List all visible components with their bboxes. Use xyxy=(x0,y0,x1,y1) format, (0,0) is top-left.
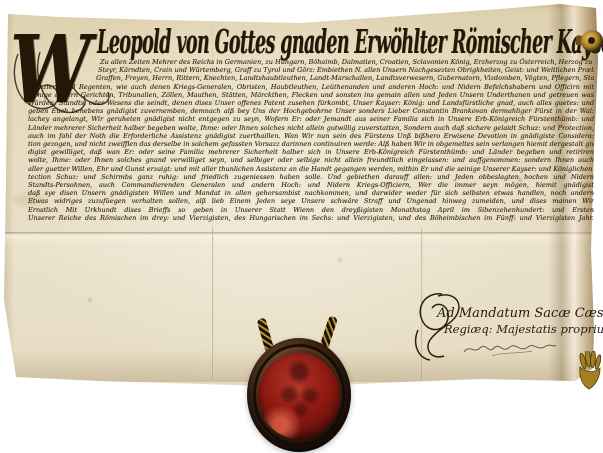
text-line: digist gewilliget, daß wan Er: oder sein… xyxy=(28,148,594,156)
text-line: tection Schuz: und Schirmbs ganz ruhig: … xyxy=(28,173,594,181)
brass-knob xyxy=(581,30,603,52)
countersignature-scribble xyxy=(462,338,558,358)
seal-capsule xyxy=(247,338,351,452)
text-line: aller guetter Willen, Ehr und Gunst erza… xyxy=(28,165,594,173)
charter-heading: Leopold von Gottes gnaden Erwöhlter Römi… xyxy=(97,25,603,62)
text-line: lachey angelangt, Wir geruheten gnädigis… xyxy=(28,115,594,123)
red-wax-seal xyxy=(258,353,340,439)
text-line: Unserer Reiche des Römischen im drey: un… xyxy=(28,214,594,222)
text-line: geben Euch benebens gnädigist zuvernembe… xyxy=(28,107,594,115)
text-line: daß sye disen Unsern gnädigisten Willen … xyxy=(28,189,594,197)
body-text-block: Zu allen Zeiten Mehrer des Reichs in Ger… xyxy=(28,58,594,222)
text-line: Canzlern und Regenten, wie auch denen Kr… xyxy=(28,83,594,91)
text-line: tion gezogen, und nicht zweifflen das de… xyxy=(28,140,594,148)
text-line: Graffen, Freyen, Herrn, Rittern, Knechte… xyxy=(28,74,594,82)
photo-of-charter: W Leopold von Gottes gnaden Erwöhlter Rö… xyxy=(0,0,603,453)
signature-formula-line1: Ad Mandatum Sacæ Cæs: xyxy=(437,306,603,321)
text-line: Länder mehrerer Sicherheit halber begebe… xyxy=(28,124,594,132)
text-line: Würden, Standts: oder Wesens die seindt,… xyxy=(28,99,594,107)
text-line: Standts-Persohnen, auch Commandierenden … xyxy=(28,181,594,189)
text-line: Ernstlich Mit Urkhundt dises Brieffs so … xyxy=(28,206,594,214)
text-line: wolte, Ihme: oder Ihnen solches gnand ve… xyxy=(28,156,594,164)
text-line: Etwas widriges zuzufüegen verhalten soll… xyxy=(28,197,594,205)
vertical-crease xyxy=(212,228,214,380)
text-line: Steyr, Kärndten, Crain und Würtemberg, G… xyxy=(28,66,594,74)
ornamental-initial-w: W xyxy=(10,14,86,124)
text-line: auch im fahl der Noth die Erforderliche … xyxy=(28,132,594,140)
signature-formula-line2: Regiæq: Majestatis proprium. xyxy=(444,322,603,336)
text-line: wenige andern Gerichten, Tribunalien, Zö… xyxy=(28,91,594,99)
gilt-hand-ornament xyxy=(576,351,603,393)
